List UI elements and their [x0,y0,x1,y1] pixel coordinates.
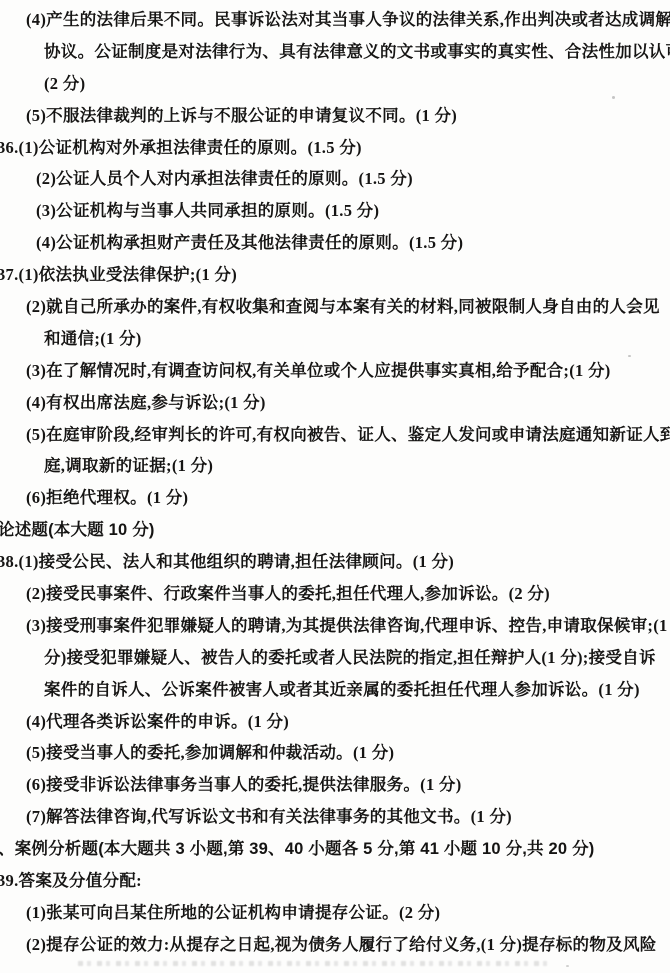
answer-text-block: (4)产生的法律后果不同。民事诉讼法对其当事人争议的法律关系,作出判决或者达成调… [0,2,670,959]
answer-line-35-4a: (4)产生的法律后果不同。民事诉讼法对其当事人争议的法律关系,作出判决或者达成调… [0,2,670,34]
answer-line-35-4c: (2 分) [0,66,670,98]
answer-line-37-2b: 和通信;(1 分) [0,321,670,353]
answer-line-36-3: (3)公证机构与当事人共同承担的原则。(1.5 分) [0,193,670,225]
scanned-document-page: (4)产生的法律后果不同。民事诉讼法对其当事人争议的法律关系,作出判决或者达成调… [0,0,670,973]
answer-line-38-7: (7)解答法律咨询,代写诉讼文书和有关法律事务的其他文书。(1 分) [0,799,670,831]
cut-off-bottom-text-line [78,961,548,966]
answer-line-38-3c: 案件的自诉人、公诉案件被害人或者其近亲属的委托担任代理人参加诉讼。(1 分) [0,672,670,704]
answer-line-39-head: 39.答案及分值分配: [0,863,670,895]
answer-line-35-5: (5)不服法律裁判的上诉与不服公证的申请复议不同。(1 分) [0,98,670,130]
answer-line-38-4: (4)代理各类诉讼案件的申诉。(1 分) [0,704,670,736]
answer-line-36-2: (2)公证人员个人对内承担法律责任的原则。(1.5 分) [0,161,670,193]
answer-line-37-2a: (2)就自己所承办的案件,有权收集和查阅与本案有关的材料,同被限制人身自由的人会… [0,289,670,321]
section-heading-case-analysis: 、案例分析题(本大题共 3 小题,第 39、40 小题各 5 分,第 41 小题… [0,831,670,863]
scan-speck [612,96,615,99]
scan-speck [631,650,633,653]
answer-line-39-2: (2)提存公证的效力:从提存之日起,视为债务人履行了给付义务,(1 分)提存标的… [0,927,670,959]
answer-line-36-1: 36.(1)公证机构对外承担法律责任的原则。(1.5 分) [0,130,670,162]
answer-line-36-4: (4)公证机构承担财产责任及其他法律责任的原则。(1.5 分) [0,225,670,257]
answer-line-35-4b: 协议。公证制度是对法律行为、具有法律意义的文书或事实的真实性、合法性加以认可。 [0,34,670,66]
answer-line-37-3: (3)在了解情况时,有调查访问权,有关单位或个人应提供事实真相,给予配合;(1 … [0,353,670,385]
answer-line-38-1: 38.(1)接受公民、法人和其他组织的聘请,担任法律顾问。(1 分) [0,544,670,576]
answer-line-37-1: 37.(1)依法执业受法律保护;(1 分) [0,257,670,289]
answer-line-37-5a: (5)在庭审阶段,经审判长的许可,有权向被告、证人、鉴定人发问或申请法庭通知新证… [0,417,670,449]
scan-speck [628,355,631,357]
answer-line-38-6: (6)接受非诉讼法律事务当事人的委托,提供法律服务。(1 分) [0,767,670,799]
answer-line-38-2: (2)接受民事案件、行政案件当事人的委托,担任代理人,参加诉讼。(2 分) [0,576,670,608]
answer-line-38-5: (5)接受当事人的委托,参加调解和仲裁活动。(1 分) [0,735,670,767]
answer-line-39-1: (1)张某可向吕某住所地的公证机构申请提存公证。(2 分) [0,895,670,927]
section-heading-essay: 论述题(本大题 10 分) [0,512,670,544]
answer-line-38-3a: (3)接受刑事案件犯罪嫌疑人的聘请,为其提供法律咨询,代理申诉、控告,申请取保候… [0,608,670,640]
scan-speck [566,965,569,967]
answer-line-37-5b: 庭,调取新的证据;(1 分) [0,448,670,480]
answer-line-37-4: (4)有权出席法庭,参与诉讼;(1 分) [0,385,670,417]
answer-line-38-3b: 分)接受犯罪嫌疑人、被告人的委托或者人民法院的指定,担任辩护人(1 分);接受自… [0,640,670,672]
answer-line-37-6: (6)拒绝代理权。(1 分) [0,480,670,512]
